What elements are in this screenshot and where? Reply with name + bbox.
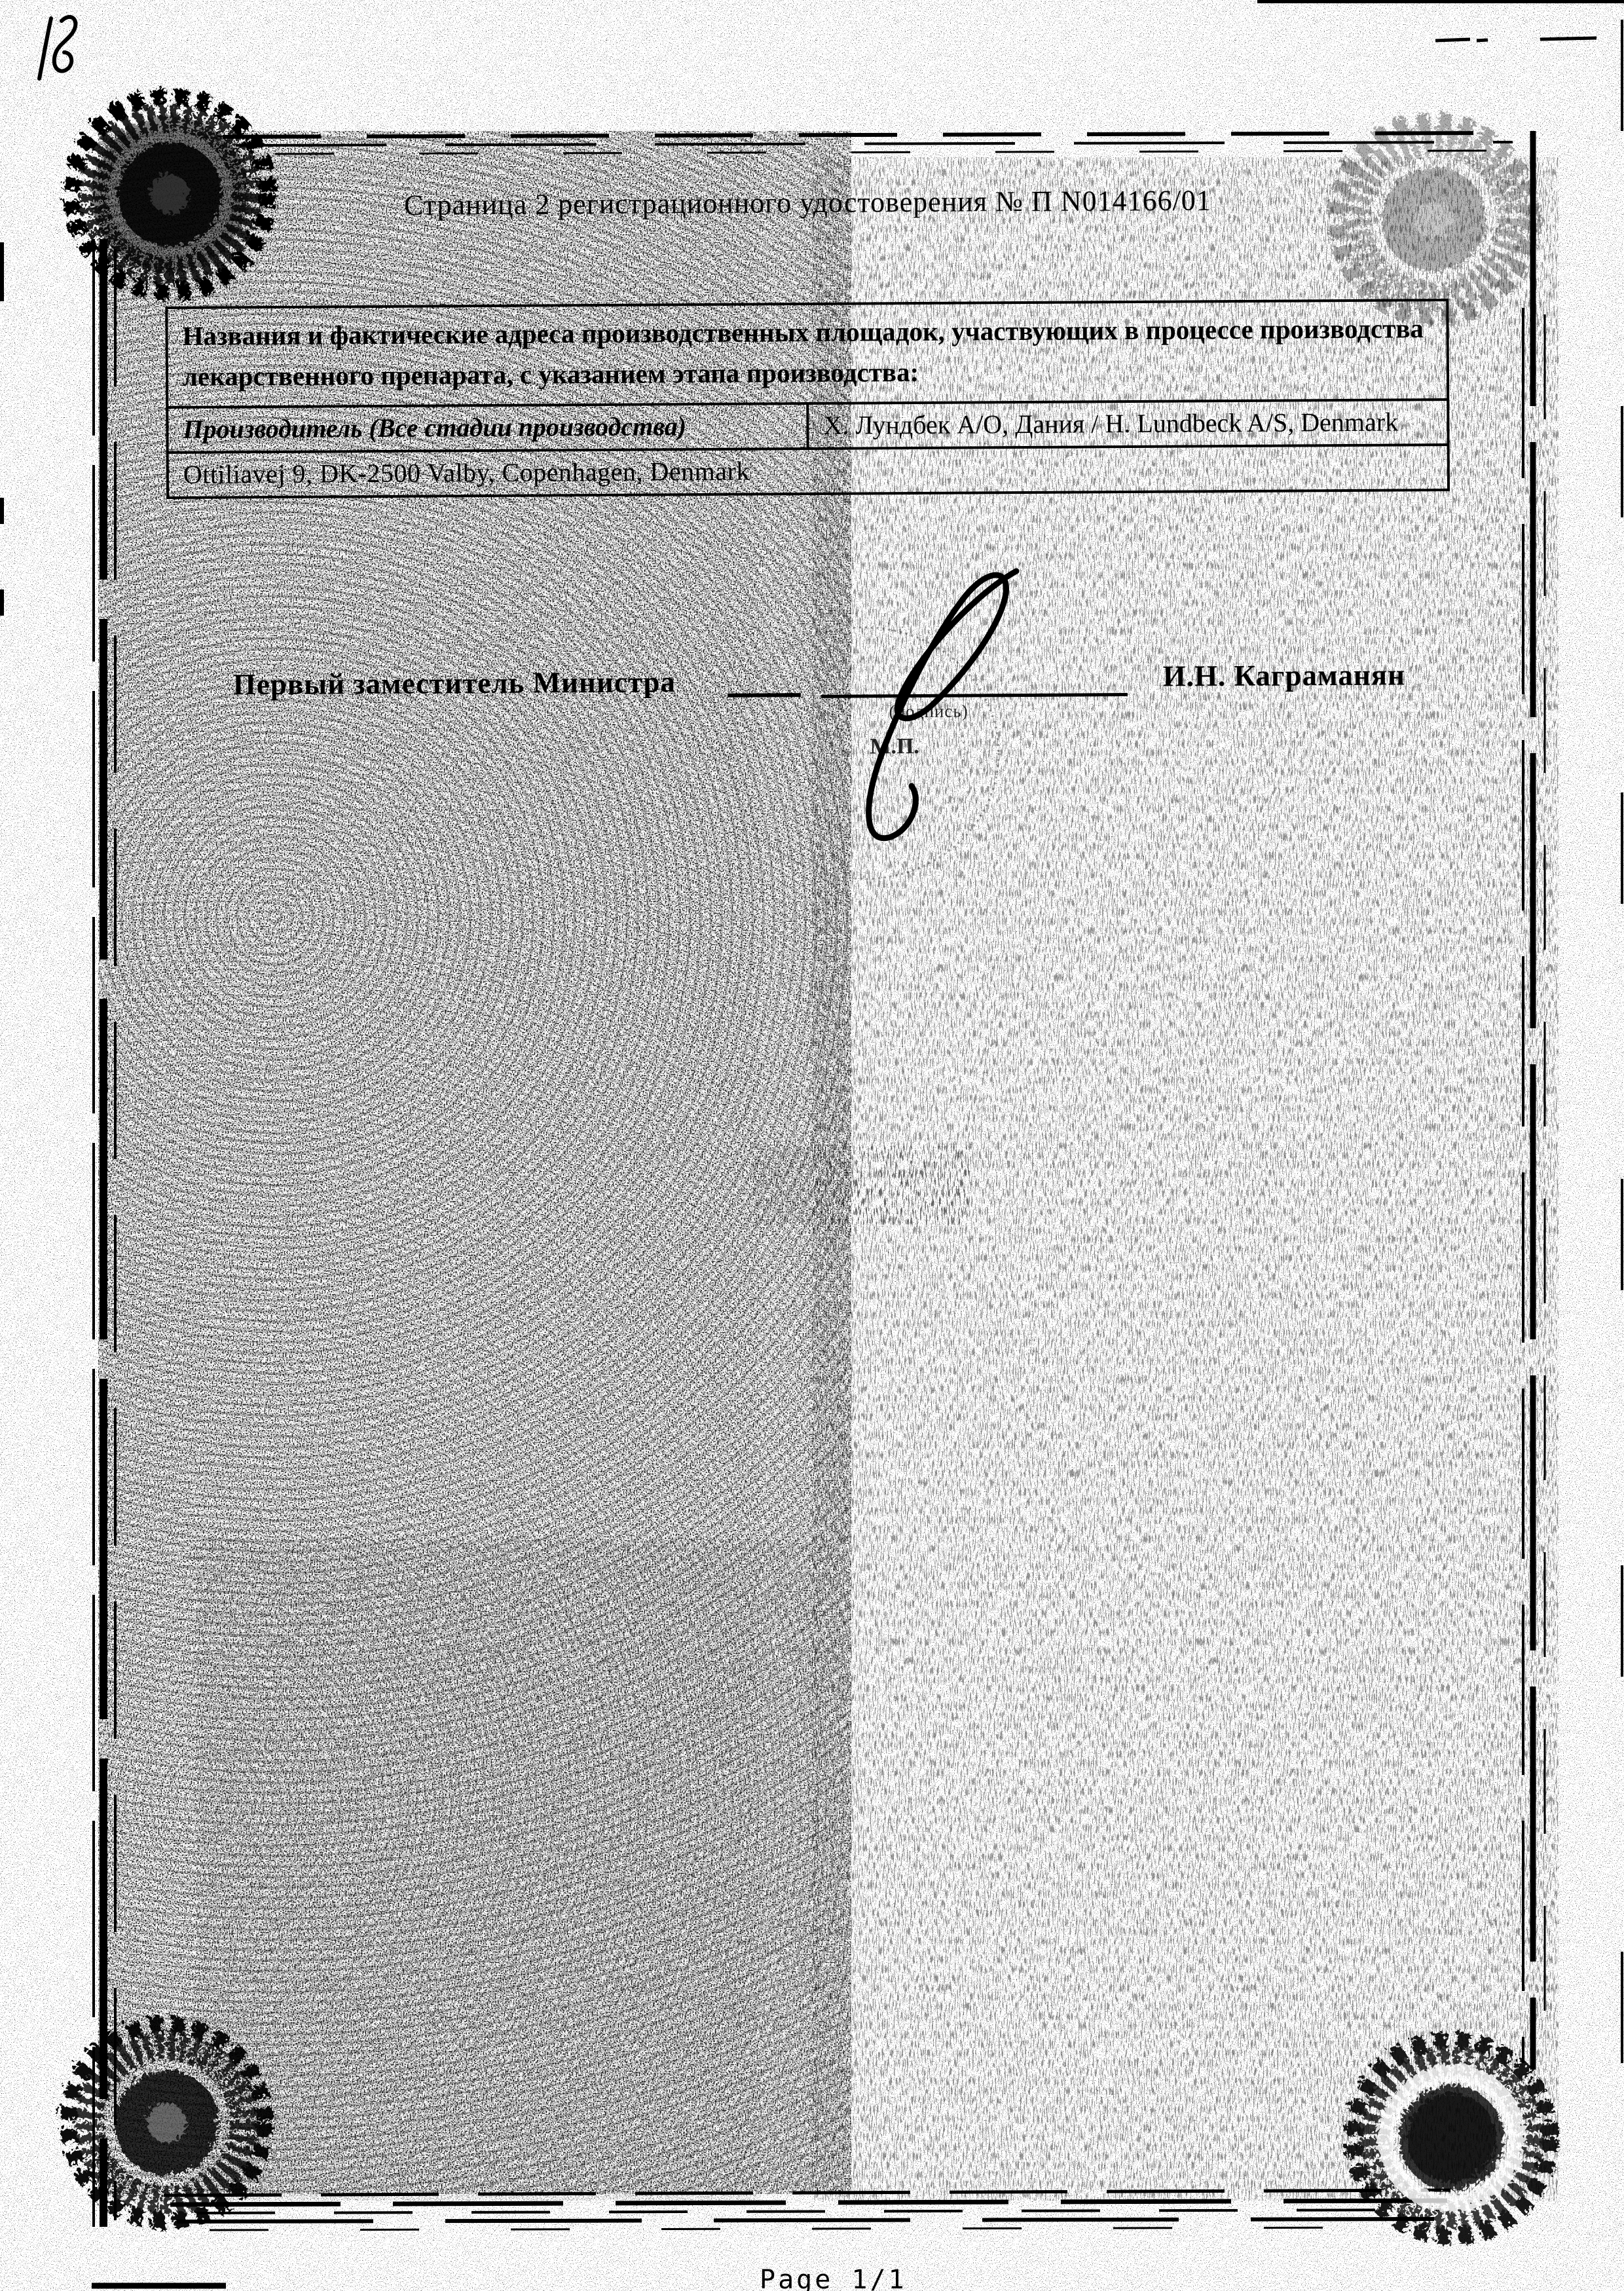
handwritten-page-number: 18 [25,1,110,93]
certificate-content: Страница 2 регистрационного удостоверени… [0,0,1624,2291]
page-footer: Page 1/1 [760,2265,907,2291]
signer-title: Первый заместитель Министра [233,665,676,701]
production-sites-table: Названия и фактические адреса производст… [165,299,1450,499]
round-stamp [730,627,999,879]
scanned-certificate-page: 18 Страница 2 регистрационного удостовер… [0,0,1624,2291]
producer-label-cell: Производитель (Все стадии производства) [167,403,807,453]
signer-name: И.Н. Каграманян [1163,658,1406,693]
ink-signature [869,571,1016,838]
table-header-row: Названия и фактические адреса производст… [166,300,1448,407]
signature-and-stamp-overlay [694,537,1166,904]
table-row: Производитель (Все стадии производства) … [167,400,1448,453]
producer-address-cell: Ottiliavej 9, DK-2500 Valby, Copenhagen,… [168,445,1449,498]
table-header-cell: Названия и фактические адреса производст… [166,300,1448,407]
producer-value-cell: Х. Лундбек А/О, Дания / H. Lundbeck A/S,… [807,400,1448,449]
page-title: Страница 2 регистрационного удостоверени… [0,181,1619,224]
table-row: Ottiliavej 9, DK-2500 Valby, Copenhagen,… [168,445,1449,498]
